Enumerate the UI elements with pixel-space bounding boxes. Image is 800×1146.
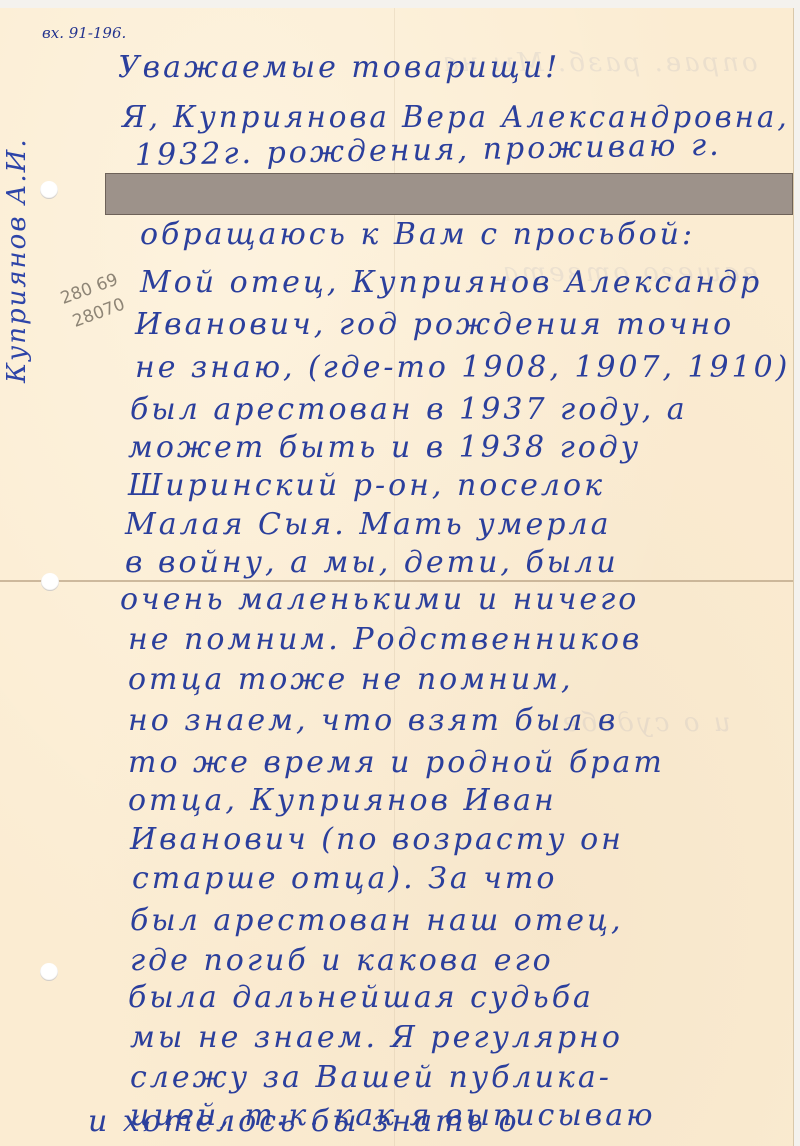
letter-line: отца, Куприянов Иван [128, 781, 557, 821]
letter-line: слежу за Вашей публика- [130, 1058, 612, 1098]
letter-line: обращаюсь к Вам с просьбой: [140, 215, 695, 255]
letter-line: была дальнейшая судьба [128, 978, 594, 1018]
letter-line: где погиб и какова его [130, 941, 554, 981]
letter-line: был арестован наш отец, [130, 901, 624, 941]
margin-name-annotation: Куприянов А.И. [2, 137, 32, 383]
letter-line: Малая Сыя. Мать умерла [125, 505, 611, 545]
redaction-bar [105, 173, 793, 215]
letter-line: и хотелось бы знать о [88, 1102, 520, 1142]
letter-sheet: оправ. разб. Мы на вашего ответа и о суд… [0, 8, 793, 1146]
letter-line: Мой отец, Куприянов Александр [140, 263, 762, 303]
punch-hole-top [40, 181, 58, 199]
letter-line: Иванович (по возрасту он [130, 820, 624, 860]
letter-greeting: Уважаемые товарищи! [118, 48, 560, 88]
letter-line: был арестован в 1937 году, а [130, 390, 688, 430]
letter-line: старше отца). За что [132, 859, 557, 899]
punch-hole-middle [41, 573, 59, 591]
letter-line: Ширинский р-он, поселок [128, 466, 605, 506]
letter-line: отца тоже не помним, [128, 660, 574, 700]
letter-line: не знаю, (где-то 1908, 1907, 1910) [135, 348, 790, 388]
letter-line: не помним. Родственников [128, 620, 642, 660]
letter-line: очень маленькими и ничего [120, 580, 639, 620]
letter-line: может быть и в 1938 году [128, 428, 641, 468]
letter-line: в войну, а мы, дети, были [125, 543, 619, 583]
letter-line: Иванович, год рождения точно [135, 305, 734, 345]
reference-number: вх. 91-196. [42, 24, 126, 42]
punch-hole-bottom [40, 963, 58, 981]
letter-line: мы не знаем. Я регулярно [130, 1018, 623, 1058]
letter-line: то же время и родной брат [128, 743, 665, 783]
letter-line: но знаем, что взят был в [128, 701, 618, 741]
